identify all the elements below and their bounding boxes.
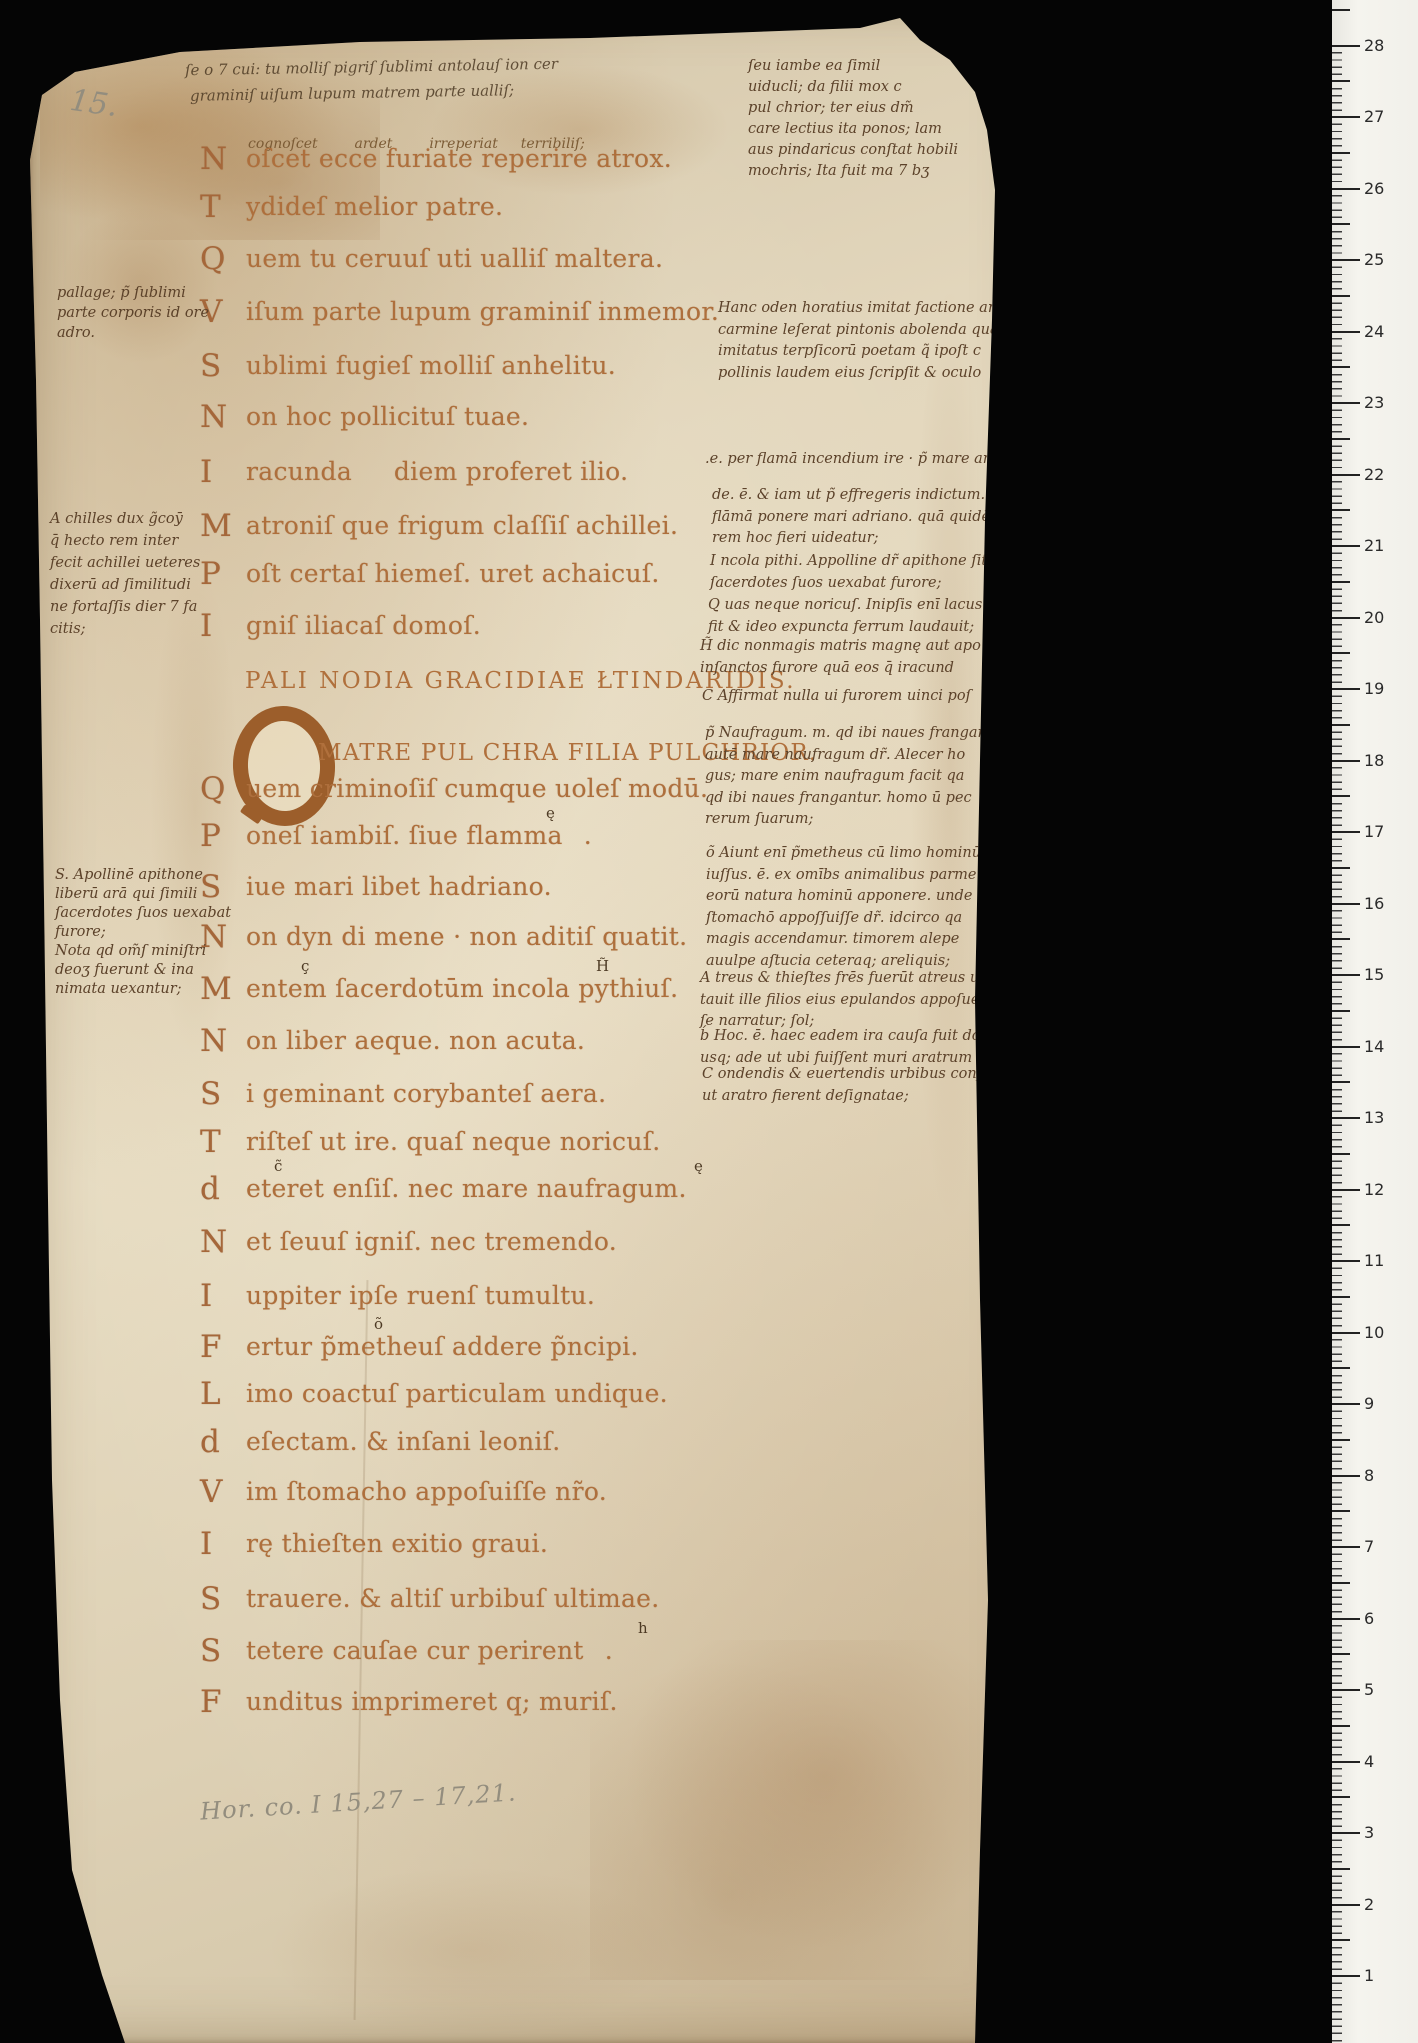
verse-initial: Q bbox=[200, 774, 246, 804]
right-margin-gloss-line: p̃ Naufragum. m. qd ibi naues frangantur bbox=[705, 723, 1009, 745]
correction-mark: ę bbox=[546, 804, 555, 822]
ruler-number: 28 bbox=[1364, 36, 1404, 55]
ruler-cm-tick bbox=[1332, 188, 1360, 190]
ruler-cm-tick bbox=[1332, 1046, 1360, 1048]
verse-initial: S bbox=[200, 351, 246, 381]
right-margin-gloss: .e. per flamā incendium ire · p̃ mare am… bbox=[705, 449, 1005, 471]
verse-text: eſectam. & inſani leoniſ. bbox=[246, 1427, 561, 1457]
parchment-stain bbox=[410, 55, 750, 205]
verse-initial: V bbox=[200, 1477, 246, 1507]
ruler-cm-tick bbox=[1332, 1975, 1360, 1977]
verse-initial: L bbox=[200, 1379, 246, 1409]
ruler-half-tick bbox=[1332, 1582, 1350, 1584]
verse-initial: P bbox=[200, 559, 246, 589]
ruler-cm-tick bbox=[1332, 760, 1360, 762]
verse-line: Iracunda diem proferet ilio. bbox=[200, 457, 628, 487]
left-margin-gloss-line: Nota qd om̃ſ miniſtri bbox=[55, 942, 231, 961]
right-margin-gloss: H̃ dic nonmagis matris magnę aut apoinſa… bbox=[700, 636, 981, 679]
ruler-number: 23 bbox=[1364, 393, 1404, 412]
verse-initial: F bbox=[200, 1332, 246, 1362]
verse-text: tetere cauſae cur perirent . bbox=[246, 1636, 613, 1666]
right-margin-gloss-line: .e. per flamā incendium ire · p̃ mare am… bbox=[705, 449, 1005, 471]
verse-initial: S bbox=[200, 1636, 246, 1666]
ruler-number: 16 bbox=[1364, 894, 1404, 913]
ruler-half-tick bbox=[1332, 1939, 1350, 1941]
ruler-cm-tick bbox=[1332, 45, 1360, 47]
right-margin-gloss-line: A treus & thieſtes frēs fuerūt atreus ux… bbox=[700, 968, 1012, 990]
verse-line: Quem tu ceruuſ uti ualliſ maltera. bbox=[200, 244, 663, 274]
verse-initial: T bbox=[200, 192, 246, 222]
right-margin-gloss: Q uas neque noricuſ. Inipſis enī lacus o… bbox=[708, 595, 1028, 638]
trimmed-right-gloss-line: care lectius ita ponos; lam bbox=[748, 119, 958, 140]
trimmed-right-gloss: ſeu iambe ea ſimiluiducli; da filii mox … bbox=[748, 56, 958, 182]
ruler-number: 12 bbox=[1364, 1180, 1404, 1199]
verse-line: Matroniſ que frigum claſſiſ achillei. bbox=[200, 511, 678, 541]
ruler-number: 2 bbox=[1364, 1895, 1404, 1914]
left-margin-gloss-line: nimata uexantur; bbox=[55, 980, 231, 999]
left-margin-gloss-line: pallage; p̃ ſublimi bbox=[57, 283, 209, 303]
ruler-number: 14 bbox=[1364, 1037, 1404, 1056]
manuscript-page: 15. ſe o 7 cui: tu molliſ pigriſ ſublimi… bbox=[30, 0, 1035, 2043]
ruler-half-tick bbox=[1332, 1081, 1350, 1083]
right-margin-gloss-line: ſacerdotes ſuos uexabat furore; bbox=[710, 573, 1010, 595]
ruler-cm-tick bbox=[1332, 1832, 1360, 1834]
right-margin-gloss-line: de. ē. & iam ut p̃ effregeris indictum. … bbox=[712, 485, 1009, 507]
verse-initial: d bbox=[200, 1427, 246, 1457]
verse-line: Stetere cauſae cur perirent .h bbox=[200, 1636, 613, 1666]
ruler-cm-tick bbox=[1332, 1689, 1360, 1691]
ruler-cm-tick bbox=[1332, 1117, 1360, 1119]
left-margin-gloss: pallage; p̃ ſublimiparte corporis id ore… bbox=[57, 283, 209, 343]
ruler-number: 21 bbox=[1364, 536, 1404, 555]
verse-text: oſt certaſ hiemeſ. uret achaicuſ. bbox=[246, 559, 660, 589]
ruler-number: 4 bbox=[1364, 1752, 1404, 1771]
right-margin-gloss-line: Hanc oden horatius imitat factione an bbox=[718, 298, 999, 320]
ruler-number: 25 bbox=[1364, 250, 1404, 269]
left-margin-gloss: A chilles dux g̃coȳq̄ hecto rem interfec… bbox=[50, 508, 200, 640]
large-initial-O bbox=[230, 703, 338, 828]
ruler-number: 15 bbox=[1364, 965, 1404, 984]
verse-initial: F bbox=[200, 1687, 246, 1717]
verse-line: Tydideſ melior patre. bbox=[200, 192, 503, 222]
verse-line: Limo coactuſ particulam undique. bbox=[200, 1379, 668, 1409]
ruler-number: 17 bbox=[1364, 822, 1404, 841]
ruler-half-tick bbox=[1332, 80, 1350, 82]
verse-text: i geminant corybanteſ aera. bbox=[246, 1079, 606, 1109]
right-margin-gloss: Hanc oden horatius imitat factione ancar… bbox=[718, 298, 999, 384]
verse-line: Strauere. & altiſ urbibuſ ultimae. bbox=[200, 1584, 660, 1614]
right-margin-gloss: õ Aiunt enī p̃metheus cū limo hominūiuſ… bbox=[706, 843, 981, 972]
ruler-number: 8 bbox=[1364, 1466, 1404, 1485]
verse-text: gniſ iliacaſ domoſ. bbox=[246, 611, 481, 641]
verse-text: entem ſacerdotūm incola pythiuſ. bbox=[246, 974, 678, 1004]
right-margin-gloss-line: imitatus terpſicorū poetam q̃ ipoſt c bbox=[718, 341, 999, 363]
ruler-half-tick bbox=[1332, 152, 1350, 154]
trimmed-right-gloss-line: ſeu iambe ea ſimil bbox=[748, 56, 958, 77]
verse-line: Mentem ſacerdotūm incola pythiuſ.çH̃ bbox=[200, 974, 678, 1004]
ruler-half-tick bbox=[1332, 509, 1350, 511]
verse-initial: I bbox=[200, 611, 246, 641]
ruler-half-tick bbox=[1332, 1439, 1350, 1441]
right-margin-gloss-line: tauit ille filios eius epulandos appoſue… bbox=[700, 990, 1012, 1012]
ruler-number: 6 bbox=[1364, 1609, 1404, 1628]
ruler-cm-tick bbox=[1332, 831, 1360, 833]
manuscript-photo: 15. ſe o 7 cui: tu molliſ pigriſ ſublimi… bbox=[0, 0, 1418, 2043]
right-margin-gloss: b́ Hoc. ē. haec eadem ira cauſa fuit dol… bbox=[700, 1026, 1003, 1069]
ruler-cm-tick bbox=[1332, 1618, 1360, 1620]
left-margin-gloss-line: fecit achillei ueteres bbox=[50, 552, 200, 574]
verse-line: Net ſeuuſ igniſ. nec tremendo. bbox=[200, 1227, 617, 1257]
verse-initial: M bbox=[200, 511, 246, 541]
verse-line: Si geminant corybanteſ aera. bbox=[200, 1079, 606, 1109]
verse-initial: N bbox=[200, 402, 246, 432]
right-margin-gloss-line: C Affirmat nulla ui furorem uinci poſ bbox=[702, 686, 971, 708]
verse-line: Noſcet ecce furiate reperire atrox. bbox=[200, 144, 672, 174]
verse-text: atroniſ que frigum claſſiſ achillei. bbox=[246, 511, 678, 541]
verse-text: oneſ iambiſ. ſiue flamma . bbox=[246, 821, 592, 851]
verse-text: ertur p̃metheuſ addere p̃ncipi. bbox=[246, 1332, 639, 1362]
right-margin-gloss-line: pollinis laudem eius ſcripſit & oculo bbox=[718, 363, 999, 385]
correction-mark: ę bbox=[694, 1157, 703, 1175]
right-margin-gloss-line: ut aratro fierent deſignatae; bbox=[702, 1086, 1006, 1108]
correction-mark: h bbox=[638, 1619, 648, 1637]
right-margin-gloss-line: Q uas neque noricuſ. Inipſis enī lacus o… bbox=[708, 595, 1028, 617]
right-margin-gloss-line: b́ Hoc. ē. haec eadem ira cauſa fuit dol… bbox=[700, 1026, 1003, 1048]
verse-initial: P bbox=[200, 821, 246, 851]
ruler-half-tick bbox=[1332, 1796, 1350, 1798]
ruler-half-tick bbox=[1332, 1010, 1350, 1012]
verse-initial: I bbox=[200, 1281, 246, 1311]
verse-text: rę thieſten exitio graui. bbox=[246, 1529, 548, 1559]
verse-line: Non liber aeque. non acuta. bbox=[200, 1026, 585, 1056]
right-margin-gloss-line: I ncola pithi. Appolline dr̃ apithone ſi… bbox=[710, 551, 1010, 573]
verse-text: racunda diem proferet ilio. bbox=[246, 457, 628, 487]
right-margin-gloss: C ondendis & euertendis urbibus conſuetu… bbox=[702, 1064, 1006, 1107]
ruler-number: 10 bbox=[1364, 1323, 1404, 1342]
verse-line: Quem criminoſiſ cumque uoleſ modū. bbox=[200, 774, 708, 804]
ruler-number: 3 bbox=[1364, 1823, 1404, 1842]
verse-initial: S bbox=[200, 1079, 246, 1109]
verse-text: et ſeuuſ igniſ. nec tremendo. bbox=[246, 1227, 617, 1257]
verse-line: Funditus imprimeret q; muriſ. bbox=[200, 1687, 618, 1717]
ruler-half-tick bbox=[1332, 867, 1350, 869]
verse-line: Fertur p̃metheuſ addere p̃ncipi.õ bbox=[200, 1332, 639, 1362]
verse-text: uem criminoſiſ cumque uoleſ modū. bbox=[246, 774, 708, 804]
verse-initial: I bbox=[200, 1529, 246, 1559]
ruler-cm-tick bbox=[1332, 259, 1360, 261]
verse-initial: Q bbox=[200, 244, 246, 274]
ruler-number: 13 bbox=[1364, 1108, 1404, 1127]
right-margin-gloss-line: qd ibi naues frangantur. homo ū pec bbox=[705, 788, 1009, 810]
ruler-cm-tick bbox=[1332, 1403, 1360, 1405]
left-margin-gloss-line: furore; bbox=[55, 923, 231, 942]
ruler-half-tick bbox=[1332, 366, 1350, 368]
ruler-cm-tick bbox=[1332, 688, 1360, 690]
verse-line: Triſteſ ut ire. quaſ neque noricuſ. bbox=[200, 1127, 661, 1157]
verse-initial: N bbox=[200, 144, 246, 174]
ruler-cm-tick bbox=[1332, 1189, 1360, 1191]
ruler-half-tick bbox=[1332, 295, 1350, 297]
left-margin-gloss: S. Apollinē apithoneliberū arā qui ſimil… bbox=[55, 866, 231, 999]
verse-line: deſectam. & inſani leoniſ. bbox=[200, 1427, 561, 1457]
verse-line: Igniſ iliacaſ domoſ. bbox=[200, 611, 481, 641]
verse-text: ublimi fugieſ molliſ anhelitu. bbox=[246, 351, 616, 381]
verse-line: Irę thieſten exitio graui. bbox=[200, 1529, 548, 1559]
ruler-number: 19 bbox=[1364, 679, 1404, 698]
folio-number: 15. bbox=[68, 83, 120, 124]
verse-line: Siue mari libet hadriano. bbox=[200, 872, 552, 902]
right-margin-gloss-line: autē mare naufragum dr̃. Alecer ho bbox=[705, 745, 1009, 767]
right-margin-gloss-line: rerum ſuarum; bbox=[705, 809, 1009, 831]
left-margin-gloss-line: citis; bbox=[50, 618, 200, 640]
left-margin-gloss-line: deoʒ fuerunt & ina bbox=[55, 961, 231, 980]
correction-mark: ç bbox=[301, 957, 309, 975]
verse-line: Vim ſtomacho appoſuiſſe nr̃o. bbox=[200, 1477, 607, 1507]
verse-text: imo coactuſ particulam undique. bbox=[246, 1379, 668, 1409]
left-margin-gloss-line: q̄ hecto rem inter bbox=[50, 530, 200, 552]
ruler-half-tick bbox=[1332, 581, 1350, 583]
right-margin-gloss: C Affirmat nulla ui furorem uinci poſ bbox=[702, 686, 971, 708]
verse-line: Non dyn di mene · non aditiſ quatit. bbox=[200, 922, 687, 952]
verse-initial: d bbox=[200, 1174, 246, 1204]
right-margin-gloss: A treus & thieſtes frēs fuerūt atreus ux… bbox=[700, 968, 1012, 1033]
trimmed-right-gloss-line: uiducli; da filii mox c bbox=[748, 77, 958, 98]
ruler-number: 5 bbox=[1364, 1680, 1404, 1699]
verse-text: on hoc pollicituſ tuae. bbox=[246, 402, 529, 432]
right-margin-gloss-line: ſtomachō appoſſuiſſe dr̃. idcirco qa bbox=[706, 908, 981, 930]
parchment-stain bbox=[250, 1860, 690, 2040]
ruler-number: 26 bbox=[1364, 179, 1404, 198]
verse-text: eteret enſiſ. nec mare naufragum. bbox=[246, 1174, 687, 1204]
ruler-half-tick bbox=[1332, 938, 1350, 940]
verse-text: unditus imprimeret q; muriſ. bbox=[246, 1687, 618, 1717]
verse-line: Non hoc pollicituſ tuae. bbox=[200, 402, 529, 432]
ruler-cm-tick bbox=[1332, 903, 1360, 905]
right-margin-gloss-line: gus; mare enim naufragum facit qa bbox=[705, 766, 1009, 788]
right-margin-gloss-line: inſanctos furore quā eos q̄ iracund bbox=[700, 658, 981, 680]
ruler-cm-tick bbox=[1332, 402, 1360, 404]
verse-initial: N bbox=[200, 1026, 246, 1056]
right-margin-gloss-line: H̃ dic nonmagis matris magnę aut apo bbox=[700, 636, 981, 658]
verse-line: deteret enſiſ. nec mare naufragum.c̃ę bbox=[200, 1174, 687, 1204]
verse-initial: T bbox=[200, 1127, 246, 1157]
ruler-cm-tick bbox=[1332, 116, 1360, 118]
verse-line: Poſt certaſ hiemeſ. uret achaicuſ. bbox=[200, 559, 660, 589]
verse-line: Viſum parte lupum graminiſ inmemor. bbox=[200, 297, 719, 327]
trimmed-top-line: ſe o 7 cui: tu molliſ pigriſ ſublimi ant… bbox=[185, 55, 558, 80]
verse-line: Sublimi fugieſ molliſ anhelitu. bbox=[200, 351, 616, 381]
right-margin-gloss-line: carmine leſerat pintonis abolenda qua bbox=[718, 320, 999, 342]
ruler-half-tick bbox=[1332, 1296, 1350, 1298]
verse-text: oſcet ecce furiate reperire atrox. bbox=[246, 144, 672, 174]
ruler-half-tick bbox=[1332, 1510, 1350, 1512]
left-margin-gloss-line: S. Apollinē apithone bbox=[55, 866, 231, 885]
left-margin-gloss-line: liberū arā qui ſimili bbox=[55, 885, 231, 904]
verse-initial: S bbox=[200, 1584, 246, 1614]
left-margin-gloss-line: A chilles dux g̃coȳ bbox=[50, 508, 200, 530]
trimmed-top-line: graminiſ uiſum lupum matrem parte ualliſ… bbox=[190, 81, 514, 105]
right-margin-gloss: de. ē. & iam ut p̃ effregeris indictum. … bbox=[712, 485, 1009, 550]
right-margin-gloss-line: rem hoc fieri uideatur; bbox=[712, 528, 1009, 550]
ruler-cm-tick bbox=[1332, 1761, 1360, 1763]
left-margin-gloss-line: ſacerdotes ſuos uexabat bbox=[55, 904, 231, 923]
right-margin-gloss: I ncola pithi. Appolline dr̃ apithone ſi… bbox=[710, 551, 1010, 594]
right-margin-gloss-line: fit & ideo expuncta ferrum laudauit; bbox=[708, 617, 1028, 639]
left-margin-gloss-line: ne fortaſſis dier 7 fa bbox=[50, 596, 200, 618]
ruler-cm-tick bbox=[1332, 331, 1360, 333]
right-margin-gloss-line: õ Aiunt enī p̃metheus cū limo hominū bbox=[706, 843, 981, 865]
verse-text: on liber aeque. non acuta. bbox=[246, 1026, 585, 1056]
correction-mark: c̃ bbox=[274, 1157, 282, 1175]
ruler-number: 18 bbox=[1364, 751, 1404, 770]
ruler-number: 24 bbox=[1364, 322, 1404, 341]
parchment-stain bbox=[590, 1640, 980, 1980]
ruler-number: 22 bbox=[1364, 465, 1404, 484]
ruler-half-tick bbox=[1332, 1725, 1350, 1727]
verse-text: im ſtomacho appoſuiſſe nr̃o. bbox=[246, 1477, 607, 1507]
ruler-number: 1 bbox=[1364, 1966, 1404, 1985]
ruler-cm-tick bbox=[1332, 1904, 1360, 1906]
ruler-cm-tick bbox=[1332, 1260, 1360, 1262]
right-margin-gloss-line: flāmā ponere mari adriano. quā quidē bbox=[712, 507, 1009, 529]
verse-text: ydideſ melior patre. bbox=[246, 192, 503, 222]
trimmed-right-gloss-line: aus pindaricus conſtat hobili bbox=[748, 140, 958, 161]
ruler-number: 9 bbox=[1364, 1394, 1404, 1413]
right-margin-gloss-line: iuſſus. ē. ex omībs animalibus parme bbox=[706, 865, 981, 887]
ruler-cm-tick bbox=[1332, 1546, 1360, 1548]
verse-line: Iuppiter ipſe ruenſ tumultu. bbox=[200, 1281, 595, 1311]
right-margin-gloss: p̃ Naufragum. m. qd ibi naues frangantur… bbox=[705, 723, 1009, 831]
ruler-number: 27 bbox=[1364, 107, 1404, 126]
centimeter-ruler: 1234567891011121314151617181920212223242… bbox=[1332, 0, 1418, 2043]
verse-text: iſum parte lupum graminiſ inmemor. bbox=[246, 297, 719, 327]
right-margin-gloss-line: C ondendis & euertendis urbibus conſuet bbox=[702, 1064, 1006, 1086]
ruler-half-tick bbox=[1332, 652, 1350, 654]
ruler-half-tick bbox=[1332, 1224, 1350, 1226]
verse-text: trauere. & altiſ urbibuſ ultimae. bbox=[246, 1584, 660, 1614]
ruler-half-tick bbox=[1332, 223, 1350, 225]
left-margin-gloss-line: dixerū ad ſimilitudi bbox=[50, 574, 200, 596]
ruler-half-tick bbox=[1332, 1868, 1350, 1870]
verse-text: iue mari libet hadriano. bbox=[246, 872, 552, 902]
verse-text: riſteſ ut ire. quaſ neque noricuſ. bbox=[246, 1127, 661, 1157]
ruler-half-tick bbox=[1332, 1367, 1350, 1369]
verse-text: on dyn di mene · non aditiſ quatit. bbox=[246, 922, 687, 952]
ruler-cm-tick bbox=[1332, 617, 1360, 619]
right-margin-gloss-line: eorū natura hominū apponere. unde bbox=[706, 886, 981, 908]
ruler-cm-tick bbox=[1332, 974, 1360, 976]
left-margin-gloss-line: adro. bbox=[57, 323, 209, 343]
ruler-half-tick bbox=[1332, 795, 1350, 797]
verse-initial: I bbox=[200, 457, 246, 487]
left-margin-gloss-line: parte corporis id ore bbox=[57, 303, 209, 323]
verse-text: uem tu ceruuſ uti ualliſ maltera. bbox=[246, 244, 663, 274]
ruler-half-tick bbox=[1332, 438, 1350, 440]
ruler-cm-tick bbox=[1332, 545, 1360, 547]
ruler-half-tick bbox=[1332, 1153, 1350, 1155]
verse-initial: N bbox=[200, 1227, 246, 1257]
ruler-half-tick bbox=[1332, 1653, 1350, 1655]
ruler-half-tick bbox=[1332, 9, 1350, 11]
ruler-cm-tick bbox=[1332, 474, 1360, 476]
ruler-number: 20 bbox=[1364, 608, 1404, 627]
pencil-reference-note: Hor. co. I 15,27 – 17,21. bbox=[199, 1778, 517, 1825]
verse-line: Poneſ iambiſ. ſiue flamma .ę bbox=[200, 821, 592, 851]
verse-text: uppiter ipſe ruenſ tumultu. bbox=[246, 1281, 595, 1311]
correction-mark: õ bbox=[374, 1315, 383, 1333]
ruler-cm-tick bbox=[1332, 1332, 1360, 1334]
ruler-number: 11 bbox=[1364, 1251, 1404, 1270]
correction-mark: H̃ bbox=[596, 957, 609, 975]
ruler-half-tick bbox=[1332, 724, 1350, 726]
trimmed-right-gloss-line: mochris; Ita fuit ma 7 bʒ bbox=[748, 161, 958, 182]
ruler-cm-tick bbox=[1332, 1475, 1360, 1477]
trimmed-right-gloss-line: pul chrior; ter eius dm̃ bbox=[748, 98, 958, 119]
ruler-number: 7 bbox=[1364, 1537, 1404, 1556]
right-margin-gloss-line: magis accendamur. timorem alepe bbox=[706, 929, 981, 951]
